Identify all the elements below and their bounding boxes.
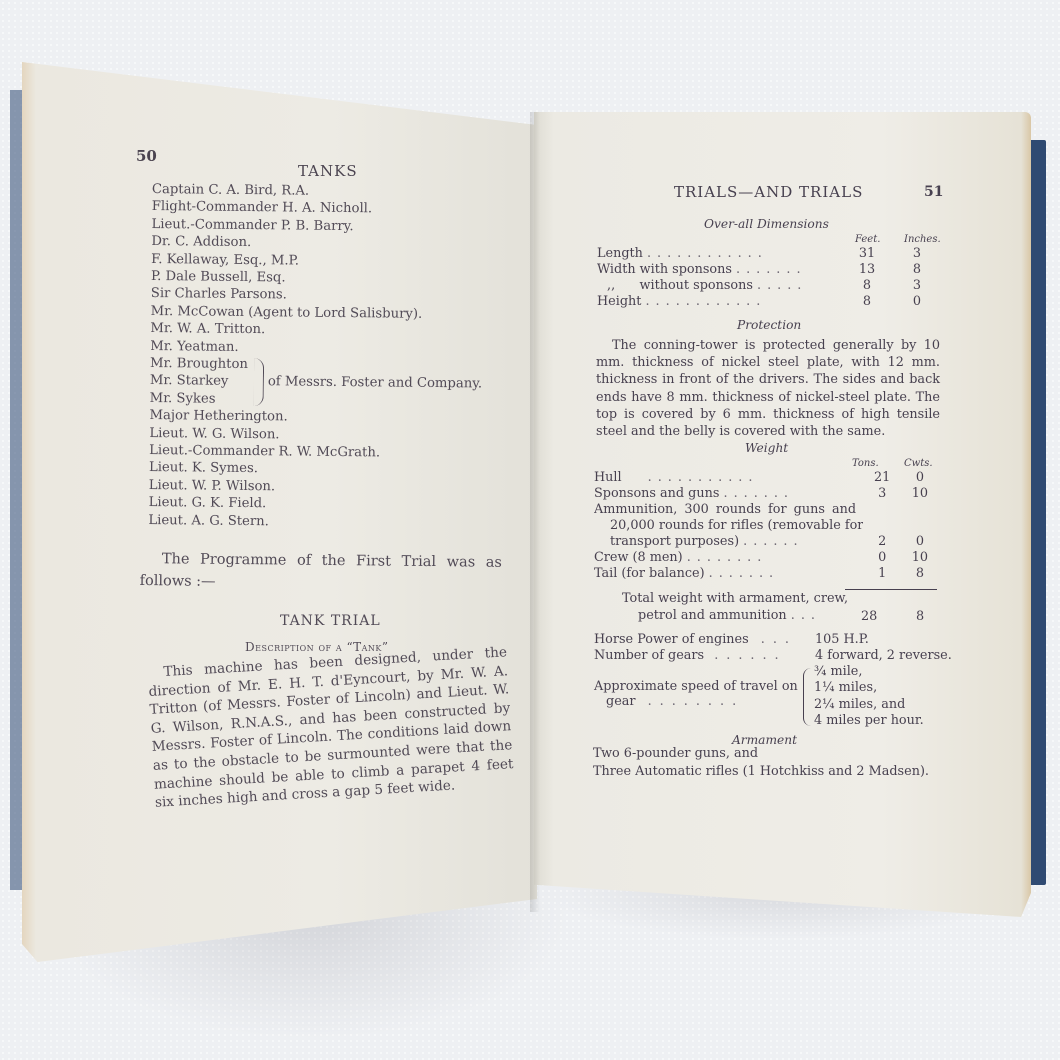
section-heading-weight: Weight xyxy=(745,441,788,455)
running-head: TRIALS—AND TRIALS xyxy=(674,183,863,201)
table-row: Ammunition, 300 rounds for guns and xyxy=(594,502,939,518)
table-row: 20,000 rounds for rifles (removable for xyxy=(594,518,939,534)
total-tons: 28 xyxy=(861,609,877,624)
dimensions-table: Length ............ 31 3 Width with spon… xyxy=(597,246,942,310)
left-brace-icon xyxy=(803,668,811,726)
armament-item: Two 6-pounder guns, and xyxy=(593,745,929,763)
table-row: Height ............ 8 0 xyxy=(597,294,942,310)
speed-label: Approximate speed of travel on xyxy=(594,679,798,694)
section-heading-protection: Protection xyxy=(737,318,801,332)
gears-value: 4 forward, 2 reverse. xyxy=(815,648,952,663)
speed-list: ¾ mile, 1¼ miles, 2¼ miles, and 4 miles … xyxy=(814,664,924,730)
protection-paragraph: The conning-tower is protected generally… xyxy=(596,337,940,440)
table-row: Length ............ 31 3 xyxy=(597,246,942,262)
right-page-content: TRIALS—AND TRIALS 51 Over-all Dimensions… xyxy=(0,0,1060,1060)
table-row: transport purposes) ...... 2 0 xyxy=(594,534,939,550)
column-header: Feet. xyxy=(855,234,880,245)
total-cwts: 8 xyxy=(916,609,924,624)
section-heading-dimensions: Over-all Dimensions xyxy=(704,217,829,231)
weight-table: Hull ........... 21 0 Sponsons and guns … xyxy=(594,470,939,582)
table-row: Sponsons and guns ....... 3 10 xyxy=(594,486,939,502)
horse-power-label: Horse Power of engines ... xyxy=(594,632,797,647)
speed-item: 1¼ miles, xyxy=(814,680,924,696)
speed-label-cont: gear ........ xyxy=(606,694,744,709)
table-row: Crew (8 men) ........ 0 10 xyxy=(594,550,939,566)
table-row: Tail (for balance) ....... 1 8 xyxy=(594,566,939,582)
column-header: Cwts. xyxy=(904,458,933,469)
speed-item: 2¼ miles, and xyxy=(814,697,924,713)
gears-label: Number of gears ...... xyxy=(594,648,787,663)
table-row: Width with sponsons ....... 13 8 xyxy=(597,262,942,278)
sum-rule-divider xyxy=(845,589,937,590)
total-weight-label: Total weight with armament, crew, petrol… xyxy=(594,591,848,624)
armament-list: Two 6-pounder guns, and Three Automatic … xyxy=(593,745,929,780)
table-row: Hull ........... 21 0 xyxy=(594,470,939,486)
speed-item: 4 miles per hour. xyxy=(814,713,924,729)
horse-power-value: 105 H.P. xyxy=(815,632,869,647)
page-number: 51 xyxy=(924,184,943,200)
column-header: Inches. xyxy=(904,234,941,245)
column-header: Tons. xyxy=(852,458,879,469)
armament-item: Three Automatic rifles (1 Hotchkiss and … xyxy=(593,763,929,781)
table-row: ,, without sponsons ..... 8 3 xyxy=(597,278,942,294)
speed-item: ¾ mile, xyxy=(814,664,924,680)
